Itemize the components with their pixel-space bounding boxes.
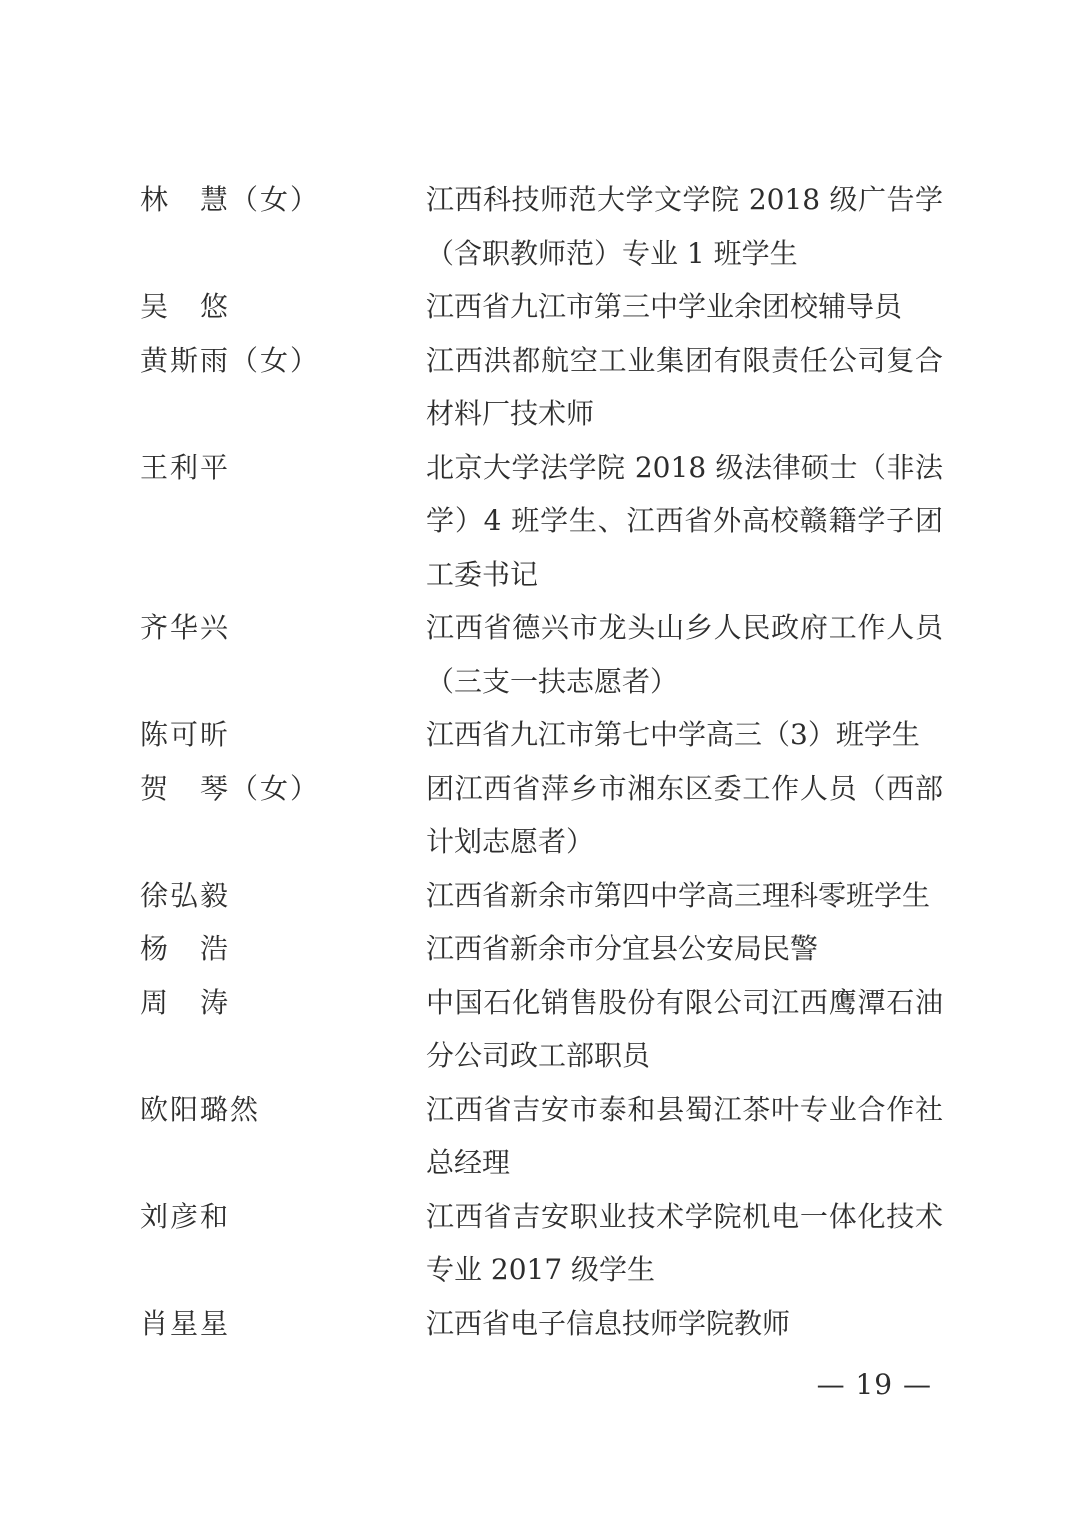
person-description: 江西省九江市第三中学业余团校辅导员 [426, 280, 943, 334]
person-name: 王利平 [140, 441, 426, 495]
person-description: 江西科技师范大学文学院 2018 级广告学（含职教师范）专业 1 班学生 [426, 173, 943, 280]
list-item: 周 涛 中国石化销售股份有限公司江西鹰潭石油分公司政工部职员 [140, 976, 943, 1083]
person-name: 肖星星 [140, 1297, 426, 1351]
list-item: 黄斯雨（女） 江西洪都航空工业集团有限责任公司复合材料厂技术师 [140, 334, 943, 441]
commendation-name-list: 林 慧（女） 江西科技师范大学文学院 2018 级广告学（含职教师范）专业 1 … [140, 173, 943, 1350]
document-page: 林 慧（女） 江西科技师范大学文学院 2018 级广告学（含职教师范）专业 1 … [0, 0, 1080, 1527]
person-name: 齐华兴 [140, 601, 426, 655]
person-name: 徐弘毅 [140, 869, 426, 923]
person-description: 江西省电子信息技师学院教师 [426, 1297, 943, 1351]
list-item: 刘彦和 江西省吉安职业技术学院机电一体化技术专业 2017 级学生 [140, 1190, 943, 1297]
person-description: 江西省新余市分宜县公安局民警 [426, 922, 943, 976]
list-item: 贺 琴（女） 团江西省萍乡市湘东区委工作人员（西部计划志愿者） [140, 762, 943, 869]
person-name: 周 涛 [140, 976, 426, 1030]
person-description: 江西省吉安职业技术学院机电一体化技术专业 2017 级学生 [426, 1190, 943, 1297]
person-name: 杨 浩 [140, 922, 426, 976]
person-description: 江西洪都航空工业集团有限责任公司复合材料厂技术师 [426, 334, 943, 441]
person-description: 北京大学法学院 2018 级法律硕士（非法学）4 班学生、江西省外高校赣籍学子团… [426, 441, 943, 602]
list-item: 林 慧（女） 江西科技师范大学文学院 2018 级广告学（含职教师范）专业 1 … [140, 173, 943, 280]
person-name: 欧阳璐然 [140, 1083, 426, 1137]
list-item: 齐华兴 江西省德兴市龙头山乡人民政府工作人员（三支一扶志愿者） [140, 601, 943, 708]
person-name: 贺 琴（女） [140, 762, 426, 816]
list-item: 肖星星 江西省电子信息技师学院教师 [140, 1297, 943, 1351]
person-name: 林 慧（女） [140, 173, 426, 227]
person-name: 刘彦和 [140, 1190, 426, 1244]
person-name: 陈可昕 [140, 708, 426, 762]
list-item: 徐弘毅 江西省新余市第四中学高三理科零班学生 [140, 869, 943, 923]
person-description: 江西省九江市第七中学高三（3）班学生 [426, 708, 943, 762]
list-item: 吴 悠 江西省九江市第三中学业余团校辅导员 [140, 280, 943, 334]
person-description: 中国石化销售股份有限公司江西鹰潭石油分公司政工部职员 [426, 976, 943, 1083]
person-description: 团江西省萍乡市湘东区委工作人员（西部计划志愿者） [426, 762, 943, 869]
person-name: 黄斯雨（女） [140, 334, 426, 388]
list-item: 陈可昕 江西省九江市第七中学高三（3）班学生 [140, 708, 943, 762]
list-item: 杨 浩 江西省新余市分宜县公安局民警 [140, 922, 943, 976]
person-name: 吴 悠 [140, 280, 426, 334]
list-item: 王利平 北京大学法学院 2018 级法律硕士（非法学）4 班学生、江西省外高校赣… [140, 441, 943, 602]
person-description: 江西省德兴市龙头山乡人民政府工作人员（三支一扶志愿者） [426, 601, 943, 708]
page-number: — 19 — [817, 1358, 932, 1412]
person-description: 江西省新余市第四中学高三理科零班学生 [426, 869, 943, 923]
person-description: 江西省吉安市泰和县蜀江茶叶专业合作社总经理 [426, 1083, 943, 1190]
list-item: 欧阳璐然 江西省吉安市泰和县蜀江茶叶专业合作社总经理 [140, 1083, 943, 1190]
